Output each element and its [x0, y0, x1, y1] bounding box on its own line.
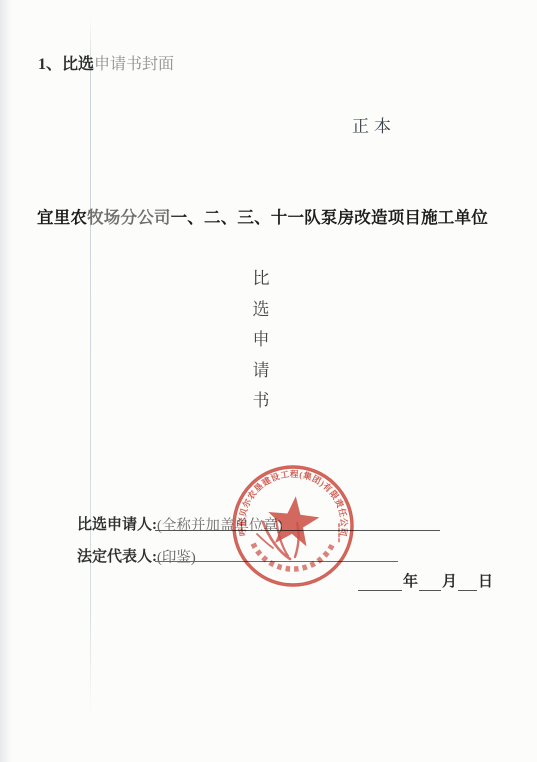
- page-fold-line: [90, 18, 91, 718]
- month-label: 月: [441, 573, 458, 591]
- year-blank-line: [358, 574, 402, 591]
- section-heading-text: 申请书封面: [94, 56, 174, 73]
- vertical-title-char: 比: [253, 264, 270, 295]
- vertical-title-char: 请: [253, 356, 270, 387]
- month-blank-line: [419, 574, 441, 591]
- day-label: 日: [477, 573, 494, 591]
- applicant-hint: (全称并加盖单位章): [157, 514, 283, 535]
- vertical-title-char: 选: [253, 295, 270, 326]
- year-label: 年: [402, 573, 419, 591]
- project-title-part3: 一、二、三、十一队泵房改造项目施工单位: [171, 208, 488, 227]
- vertical-title-char: 书: [253, 386, 270, 417]
- day-blank-line: [458, 574, 477, 591]
- representative-signature-line: [155, 561, 398, 562]
- applicant-signature-line: [155, 530, 440, 531]
- representative-row: 法定代表人:: [77, 545, 157, 566]
- representative-hint: (印鉴): [157, 546, 196, 567]
- project-title: 宜里农牧场分公司一、二、三、十一队泵房改造项目施工单位: [37, 204, 507, 228]
- section-heading: 1、比选申请书封面: [38, 51, 174, 74]
- vertical-title-char: 申: [253, 325, 270, 356]
- date-line: 年 月 日: [358, 573, 494, 591]
- seal-bottom-text-blobs: [253, 544, 333, 569]
- copy-type-label: 正本: [352, 112, 396, 137]
- project-title-part2: 牧场分公司: [87, 208, 171, 227]
- applicant-row: 比选申请人:: [77, 513, 157, 534]
- vertical-document-title: 比 选 申 请 书: [251, 264, 271, 417]
- project-title-part1: 宜里农: [37, 208, 87, 227]
- scan-edge-shadow: [0, 0, 12, 762]
- representative-label: 法定代表人:: [77, 549, 157, 565]
- applicant-label: 比选申请人:: [77, 517, 157, 533]
- section-heading-number: 1、比选: [38, 56, 94, 73]
- scanned-document-page: 1、比选申请书封面 正本 宜里农牧场分公司一、二、三、十一队泵房改造项目施工单位…: [0, 0, 537, 762]
